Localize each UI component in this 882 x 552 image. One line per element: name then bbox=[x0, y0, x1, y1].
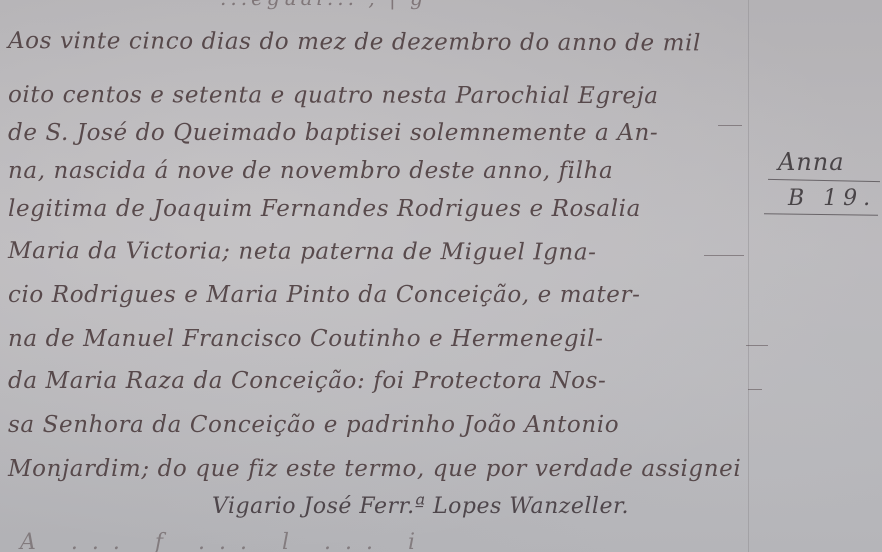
entry-line-2: oito centos e setenta e quatro nesta Par… bbox=[8, 82, 659, 109]
marginal-underline bbox=[764, 213, 878, 216]
line-filler-stroke bbox=[746, 345, 768, 346]
entry-line-3: de S. José do Queimado baptisei solemnem… bbox=[8, 120, 658, 146]
line-filler-stroke bbox=[748, 389, 762, 390]
entry-line-5: legitima de Joaquim Fernandes Rodrigues … bbox=[8, 196, 641, 222]
entry-line-7: cio Rodrigues e Maria Pinto da Conceição… bbox=[8, 282, 640, 308]
marginal-note-name: Anna bbox=[778, 148, 845, 176]
margin-rule bbox=[748, 0, 749, 552]
line-filler-stroke bbox=[718, 125, 742, 126]
entry-line-9: da Maria Raza da Conceição: foi Protecto… bbox=[8, 368, 606, 394]
entry-line-11: Monjardim; do que fiz este termo, que po… bbox=[8, 456, 741, 482]
entry-line-4: na, nascida á nove de novembro deste ann… bbox=[8, 158, 613, 184]
bottom-cropped-text: A ... f ... l ... i bbox=[20, 530, 429, 552]
marginal-note-reference: B 19. bbox=[788, 186, 876, 211]
entry-line-10: sa Senhora da Conceição e padrinho João … bbox=[8, 412, 619, 438]
entry-line-1: Aos vinte cinco dias do mez de dezembro … bbox=[8, 28, 701, 56]
line-filler-stroke bbox=[704, 255, 744, 256]
marginal-underline bbox=[768, 179, 880, 182]
top-cropped-text: ...egual... , | g bbox=[220, 0, 427, 10]
document-page: ...egual... , | g Aos vinte cinco dias d… bbox=[0, 0, 882, 552]
entry-line-8: na de Manuel Francisco Coutinho e Hermen… bbox=[8, 326, 604, 352]
entry-line-6: Maria da Victoria; neta paterna de Migue… bbox=[8, 238, 597, 266]
priest-signature: Vigario José Ferr.ª Lopes Wanzeller. bbox=[212, 494, 629, 519]
